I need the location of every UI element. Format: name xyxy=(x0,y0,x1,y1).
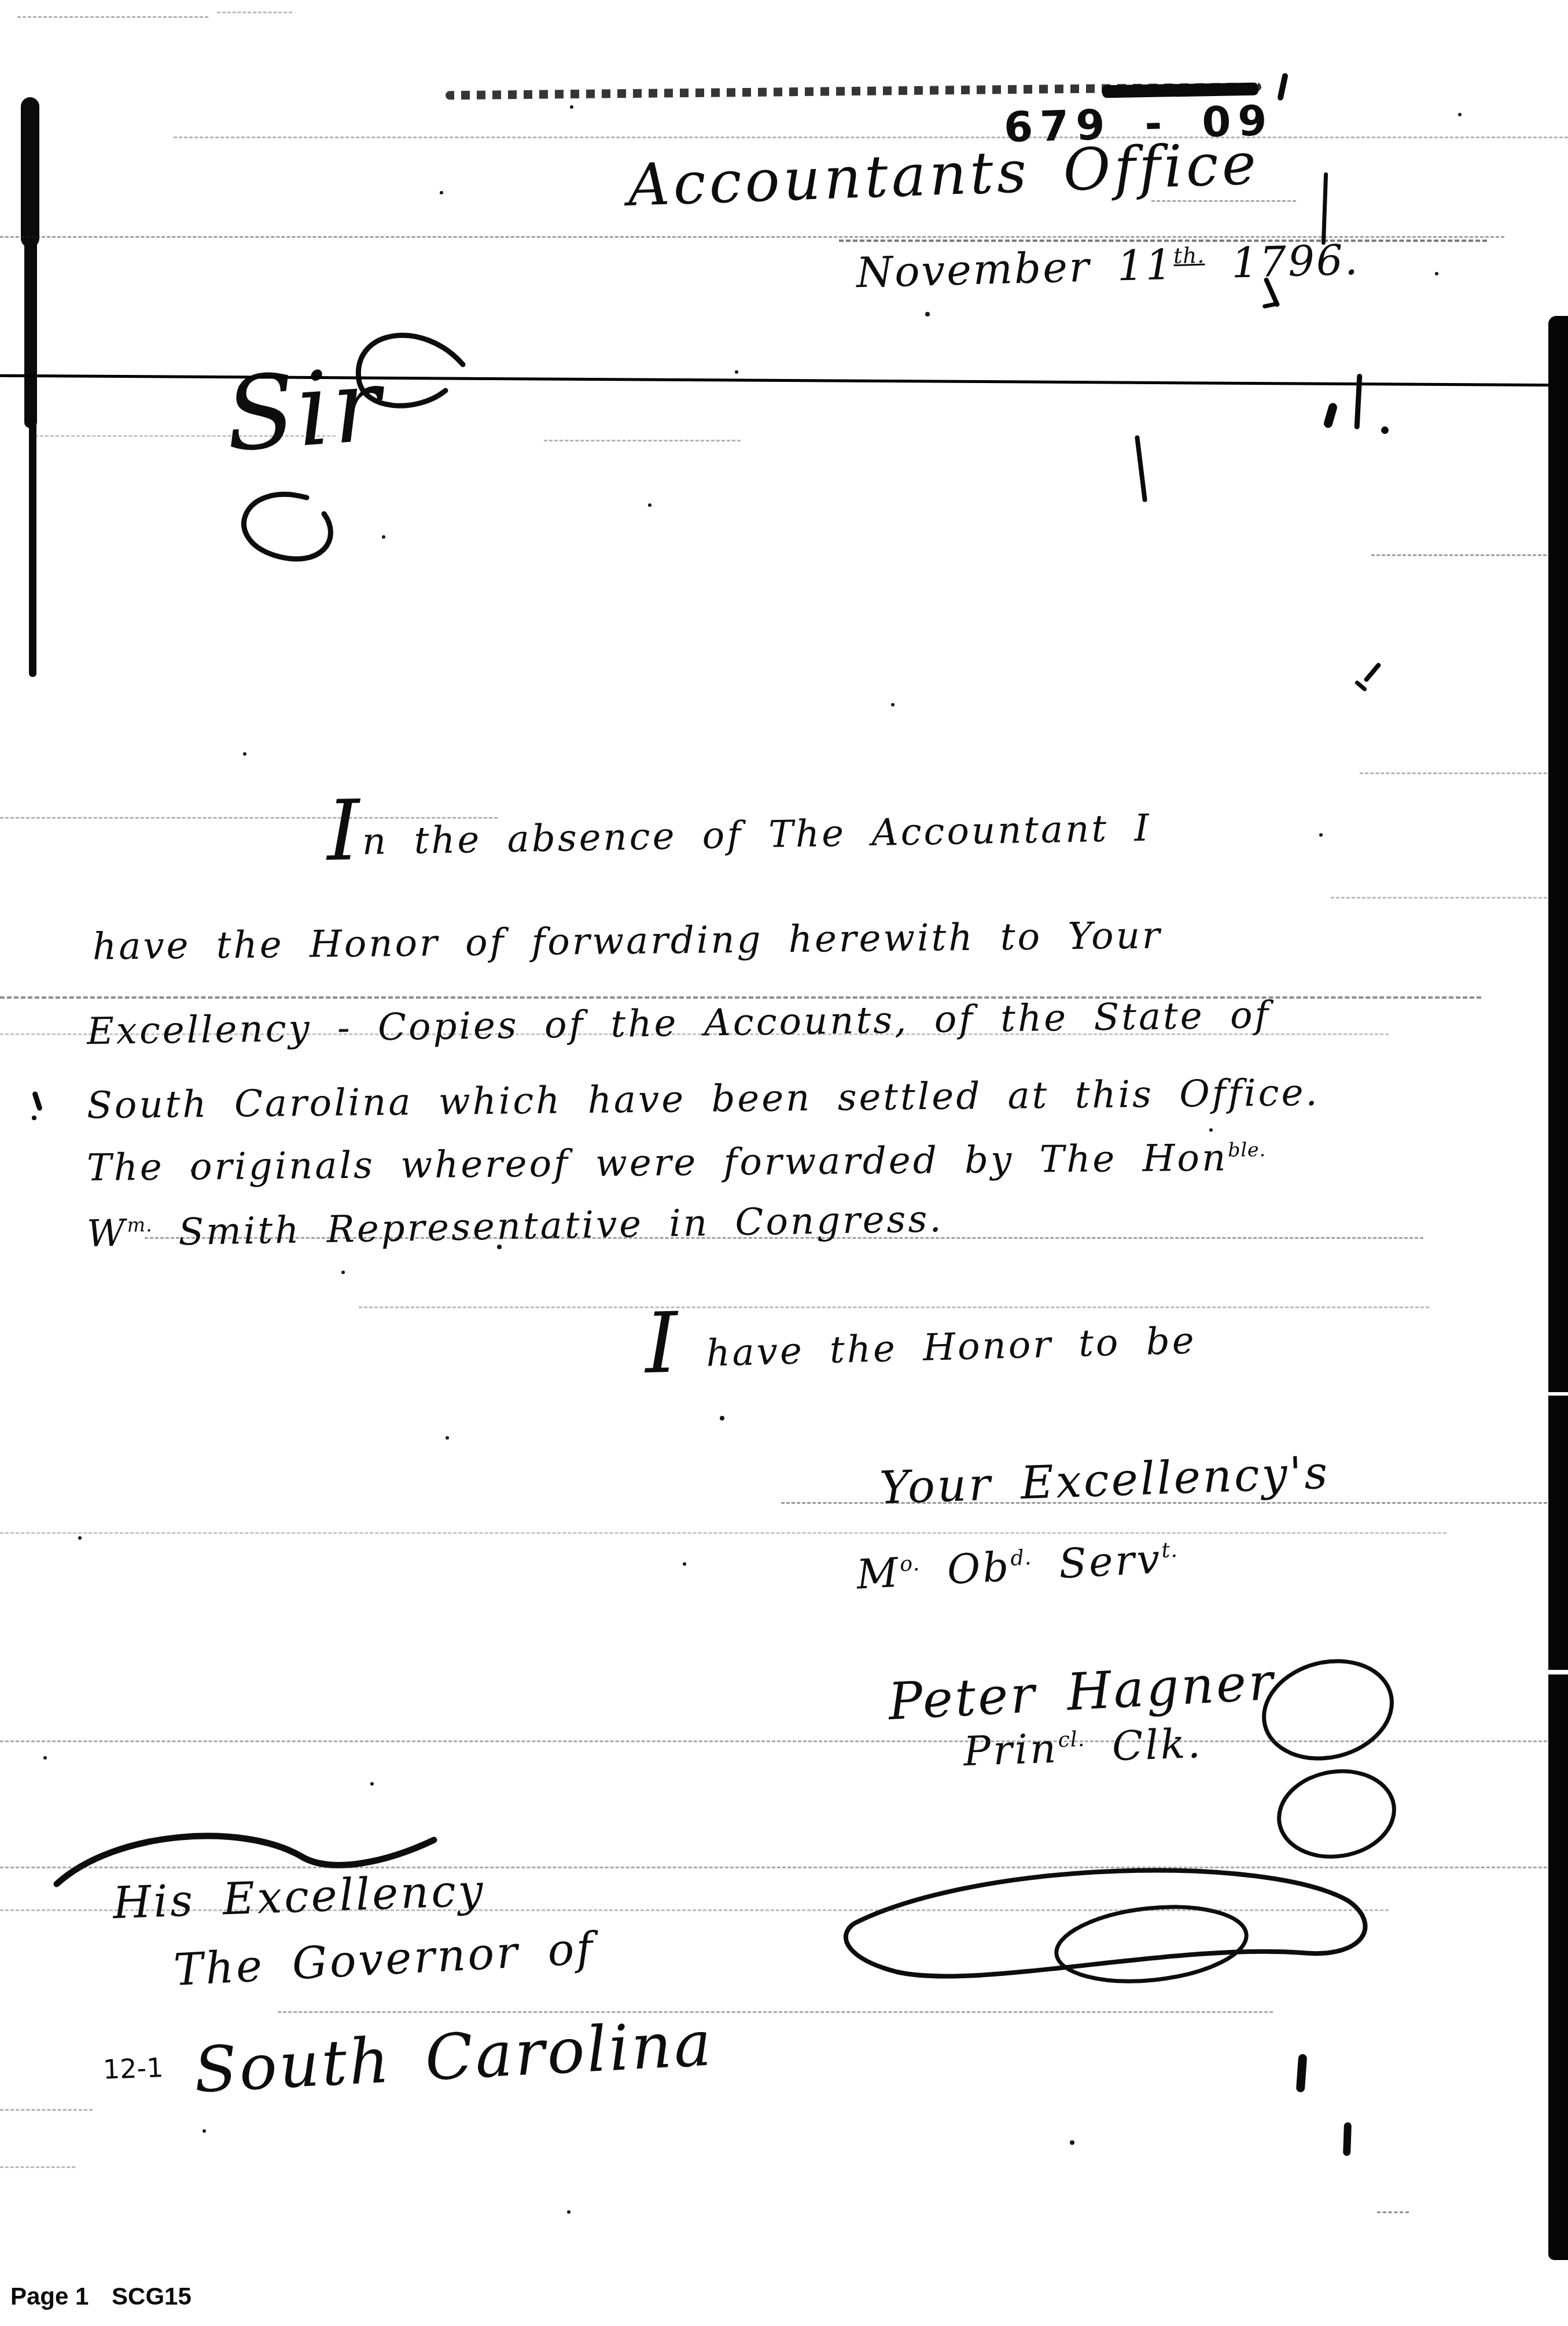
footer-page-label: Page 1 xyxy=(10,2283,89,2310)
body-line-3: Excellency - Copies of the Accounts, of … xyxy=(87,997,1271,1051)
body-line-2: have the Honor of forwarding herewith to… xyxy=(93,917,1162,965)
stray-mark-squiggle xyxy=(32,1091,43,1111)
scan-strip-right xyxy=(1548,316,1568,2260)
scan-line xyxy=(278,2011,1273,2013)
scan-streak-left xyxy=(29,417,36,677)
scan-line xyxy=(145,1237,1423,1239)
signature-name: Peter Hagner xyxy=(887,1657,1276,1728)
body-line-6: Wm. Smith Representative in Congress. xyxy=(87,1201,944,1253)
closing-line-1: I have the Honor to be xyxy=(645,1323,1197,1374)
flourish-signature-underline xyxy=(827,1846,1394,2025)
scan-line xyxy=(0,1033,1389,1035)
page-footer: Page 1 SCG15 xyxy=(10,2283,192,2310)
scan-line xyxy=(839,240,1487,242)
dateline-office: ​Accountants Office xyxy=(627,135,1261,215)
scan-line xyxy=(1331,897,1568,899)
stray-mark-blob xyxy=(1323,402,1338,429)
scan-streak-left xyxy=(21,97,39,248)
stray-mark xyxy=(1277,72,1289,101)
address-line-3: South Carolina xyxy=(193,2013,715,2103)
stray-mark-bracket xyxy=(1322,172,1328,245)
closing-line-3: Mo. Obd. Servt. xyxy=(856,1537,1180,1595)
flourish-address-swash xyxy=(52,1821,469,1897)
scan-line xyxy=(0,1740,1568,1742)
scan-line xyxy=(0,1867,1568,1868)
scan-strip-gap xyxy=(1548,1670,1568,1674)
scan-line xyxy=(1360,772,1568,774)
scan-line xyxy=(17,16,208,18)
scan-strip-gap xyxy=(1548,1392,1568,1396)
scan-line xyxy=(1151,200,1296,202)
stray-mark-brace xyxy=(1135,435,1147,502)
stray-mark-bar xyxy=(1343,2122,1352,2156)
stray-mark-check xyxy=(1363,662,1382,683)
scan-line xyxy=(781,1502,1568,1504)
signature-title: Princl. Clk. xyxy=(963,1723,1203,1772)
scanned-letter-page: 679 - 09 ​Accountants Office November 11… xyxy=(0,0,1568,2326)
stray-mark-dot xyxy=(1381,426,1389,434)
scan-line xyxy=(0,1532,1446,1534)
scan-line xyxy=(35,435,336,437)
body-line-4: South Carolina which have been settled a… xyxy=(87,1074,1320,1124)
scan-line xyxy=(0,2166,75,2168)
corner-note: 12-1 xyxy=(102,2052,164,2085)
dateline-date: November 11th. 1796. xyxy=(856,239,1360,294)
stray-mark-arrow-foot xyxy=(1263,301,1278,308)
scan-smudge-top-cap xyxy=(1102,83,1258,98)
scan-line xyxy=(0,2109,93,2111)
stray-mark-smear xyxy=(1296,2054,1308,2093)
scan-line xyxy=(544,440,741,441)
scan-line xyxy=(217,12,292,13)
flourish-salutation-loop xyxy=(191,324,492,602)
address-line-2: The Governor of xyxy=(173,1926,597,1992)
scan-streak-left xyxy=(24,231,37,428)
ink-speckles xyxy=(0,0,3,3)
footer-collection-code: SCG15 xyxy=(112,2283,192,2310)
scan-line xyxy=(359,1306,1429,1308)
scan-line xyxy=(0,817,498,819)
scan-line xyxy=(0,996,1481,999)
scan-line xyxy=(1377,2211,1409,2213)
scan-line xyxy=(1371,554,1562,556)
body-line-5: The originals whereof were forwarded by … xyxy=(87,1139,1267,1187)
scan-line xyxy=(0,1909,1389,1911)
stray-mark-dot xyxy=(32,1116,36,1120)
scan-line xyxy=(0,236,1504,238)
scan-line xyxy=(174,137,1568,138)
